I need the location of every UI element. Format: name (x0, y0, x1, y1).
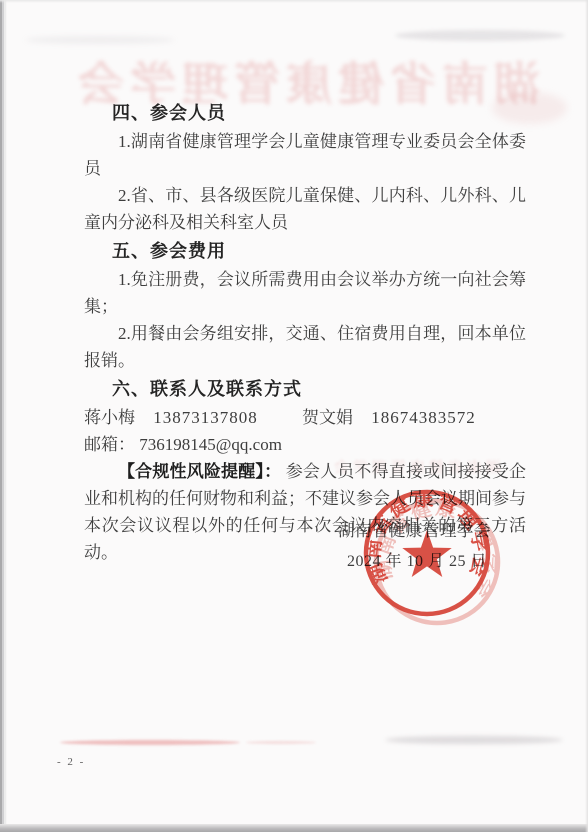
email-row: 邮箱： 736198145@qq.com (84, 431, 526, 458)
scan-smudge-top-right (395, 30, 565, 41)
email-value: 736198145@qq.com (139, 435, 282, 454)
contact-1-phone: 13873137808 (153, 404, 258, 431)
contact-2-phone: 18674383572 (371, 404, 476, 431)
section-heading-fees: 五、参会费用 (84, 236, 526, 266)
scan-smudge-top-left (25, 36, 175, 44)
scan-smudge-bottom-gray (385, 736, 563, 744)
official-seal-stamp: 湖南省健康管理学会 湖南省健康管理学会 (342, 468, 512, 638)
section-heading-participants: 四、参会人员 (84, 98, 526, 128)
participants-item-1: 1.湖南省健康管理学会儿童健康管理专业委员会全体委员 (84, 128, 526, 182)
contact-row: 蒋小梅 13873137808 贺文娟 18674383572 (84, 404, 526, 431)
contact-1-name: 蒋小梅 (84, 404, 135, 431)
scanned-document-page: 湖南省健康管理学会 湖南省健康管理学会 四、参会人员 1.湖南省健康管理学会儿童… (0, 0, 588, 832)
section-heading-contacts: 六、联系人及联系方式 (84, 374, 526, 404)
fees-item-2: 2.用餐由会务组安排，交通、住宿费用自理，回本单位报销。 (84, 320, 526, 374)
scan-smudge-bottom-pink-2 (246, 741, 316, 744)
seal-star-icon (402, 530, 451, 577)
scan-edge-top (0, 0, 588, 3)
scan-smudge-bottom-pink (60, 740, 240, 745)
scan-edge-bottom (0, 824, 588, 832)
contact-2-name: 贺文娟 (302, 404, 353, 431)
participants-item-2: 2.省、市、县各级医院儿童保健、儿内科、儿外科、儿童内分泌科及相关科室人员 (84, 182, 526, 236)
compliance-label: 【合规性风险提醒】： (118, 462, 281, 481)
page-number: - 2 - (57, 756, 85, 768)
email-label: 邮箱： (84, 435, 135, 454)
seal-main-impression: 湖南省健康管理学会 (362, 489, 492, 614)
scan-edge-left (0, 0, 7, 832)
fees-item-1: 1.免注册费，会议所需费用由会议举办方统一向社会筹集； (84, 266, 526, 320)
seal-graphic: 湖南省健康管理学会 湖南省健康管理学会 (342, 468, 512, 638)
